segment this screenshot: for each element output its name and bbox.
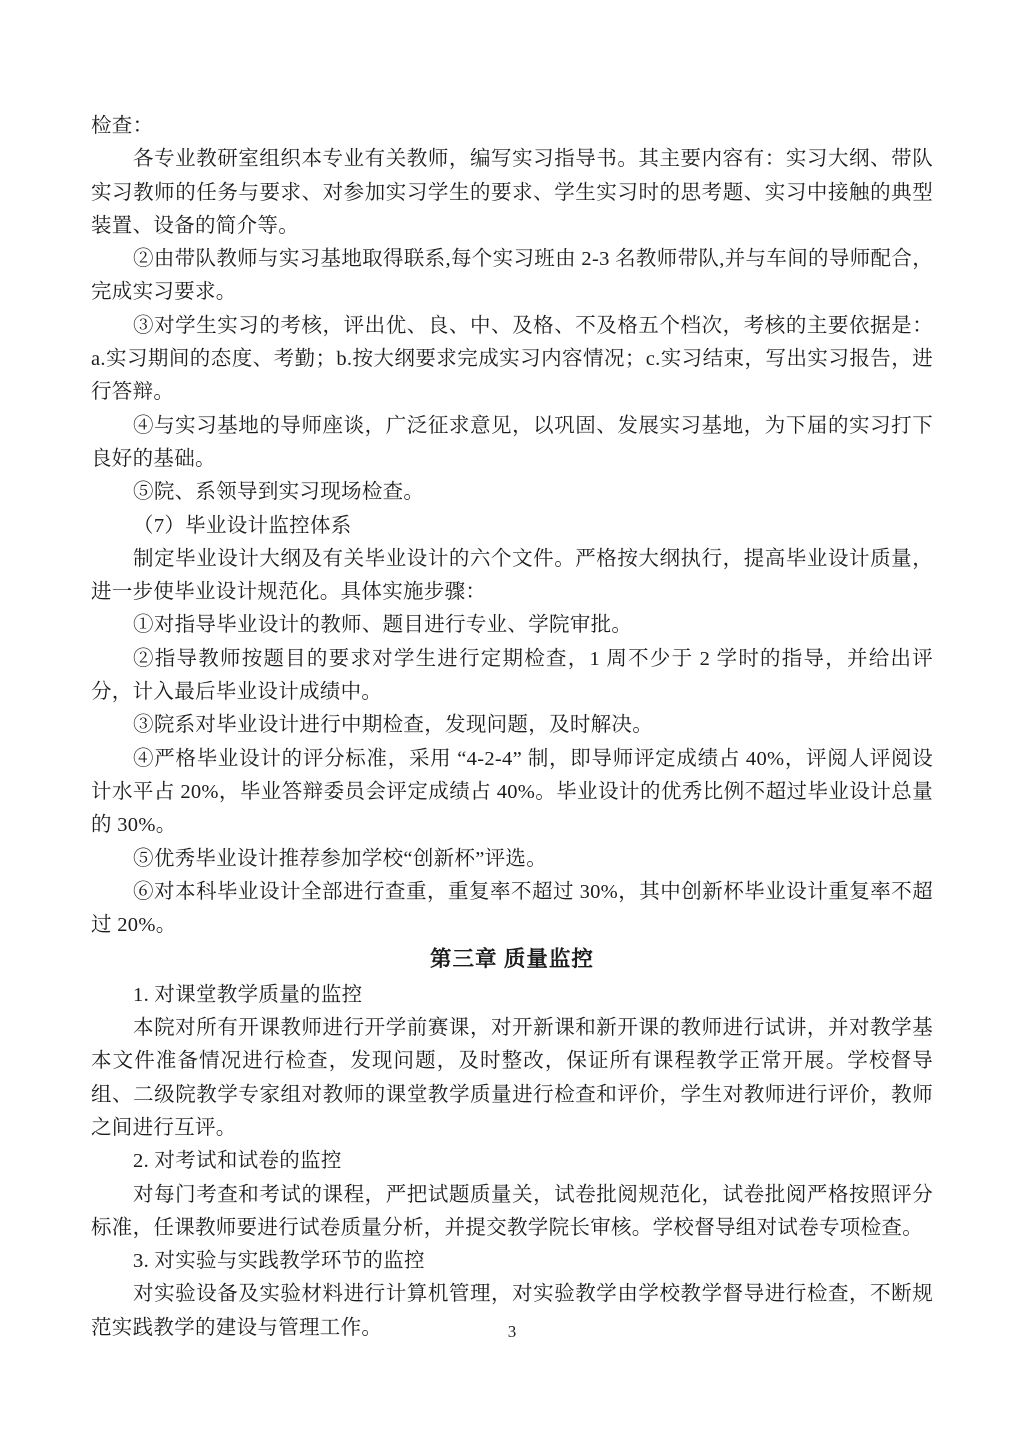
paragraph: ④与实习基地的导师座谈，广泛征求意见，以巩固、发展实习基地，为下届的实习打下良好… bbox=[91, 410, 933, 477]
paragraph: 3. 对实验与实践教学环节的监控 bbox=[91, 1245, 933, 1278]
paragraph: ⑥对本科毕业设计全部进行查重，重复率不超过 30%，其中创新杯毕业设计重复率不超… bbox=[91, 876, 933, 943]
paragraph: ⑤院、系领导到实习现场检查。 bbox=[91, 476, 933, 509]
paragraph: 本院对所有开课教师进行开学前赛课，对开新课和新开课的教师进行试讲，并对教学基本文… bbox=[91, 1012, 933, 1145]
paragraph: ②由带队教师与实习基地取得联系,每个实习班由 2-3 名教师带队,并与车间的导师… bbox=[91, 243, 933, 310]
chapter-heading: 第三章 质量监控 bbox=[91, 943, 933, 976]
paragraph: （7）毕业设计监控体系 bbox=[91, 510, 933, 543]
paragraph: 对每门考查和考试的课程，严把试题质量关，试卷批阅规范化，试卷批阅严格按照评分标准… bbox=[91, 1179, 933, 1246]
paragraph: 1. 对课堂教学质量的监控 bbox=[91, 979, 933, 1012]
paragraph: 制定毕业设计大纲及有关毕业设计的六个文件。严格按大纲执行，提高毕业设计质量，进一… bbox=[91, 543, 933, 610]
page-number: 3 bbox=[0, 1322, 1024, 1342]
paragraph: ③对学生实习的考核，评出优、良、中、及格、不及格五个档次，考核的主要依据是：a.… bbox=[91, 310, 933, 410]
paragraph: ④严格毕业设计的评分标准，采用 “4-2-4” 制，即导师评定成绩占 40%，评… bbox=[91, 743, 933, 843]
document-body: 检查：各专业教研室组织本专业有关教师，编写实习指导书。其主要内容有：实习大纲、带… bbox=[91, 110, 933, 1345]
paragraph: 各专业教研室组织本专业有关教师，编写实习指导书。其主要内容有：实习大纲、带队实习… bbox=[91, 143, 933, 243]
document-page: 检查：各专业教研室组织本专业有关教师，编写实习指导书。其主要内容有：实习大纲、带… bbox=[0, 0, 1024, 1448]
paragraph: 检查： bbox=[91, 110, 933, 143]
paragraph: ③院系对毕业设计进行中期检查，发现问题，及时解决。 bbox=[91, 709, 933, 742]
paragraph: 2. 对考试和试卷的监控 bbox=[91, 1145, 933, 1178]
paragraph: ①对指导毕业设计的教师、题目进行专业、学院审批。 bbox=[91, 609, 933, 642]
paragraph: ⑤优秀毕业设计推荐参加学校“创新杯”评选。 bbox=[91, 843, 933, 876]
paragraph: ②指导教师按题目的要求对学生进行定期检查，1 周不少于 2 学时的指导，并给出评… bbox=[91, 643, 933, 710]
